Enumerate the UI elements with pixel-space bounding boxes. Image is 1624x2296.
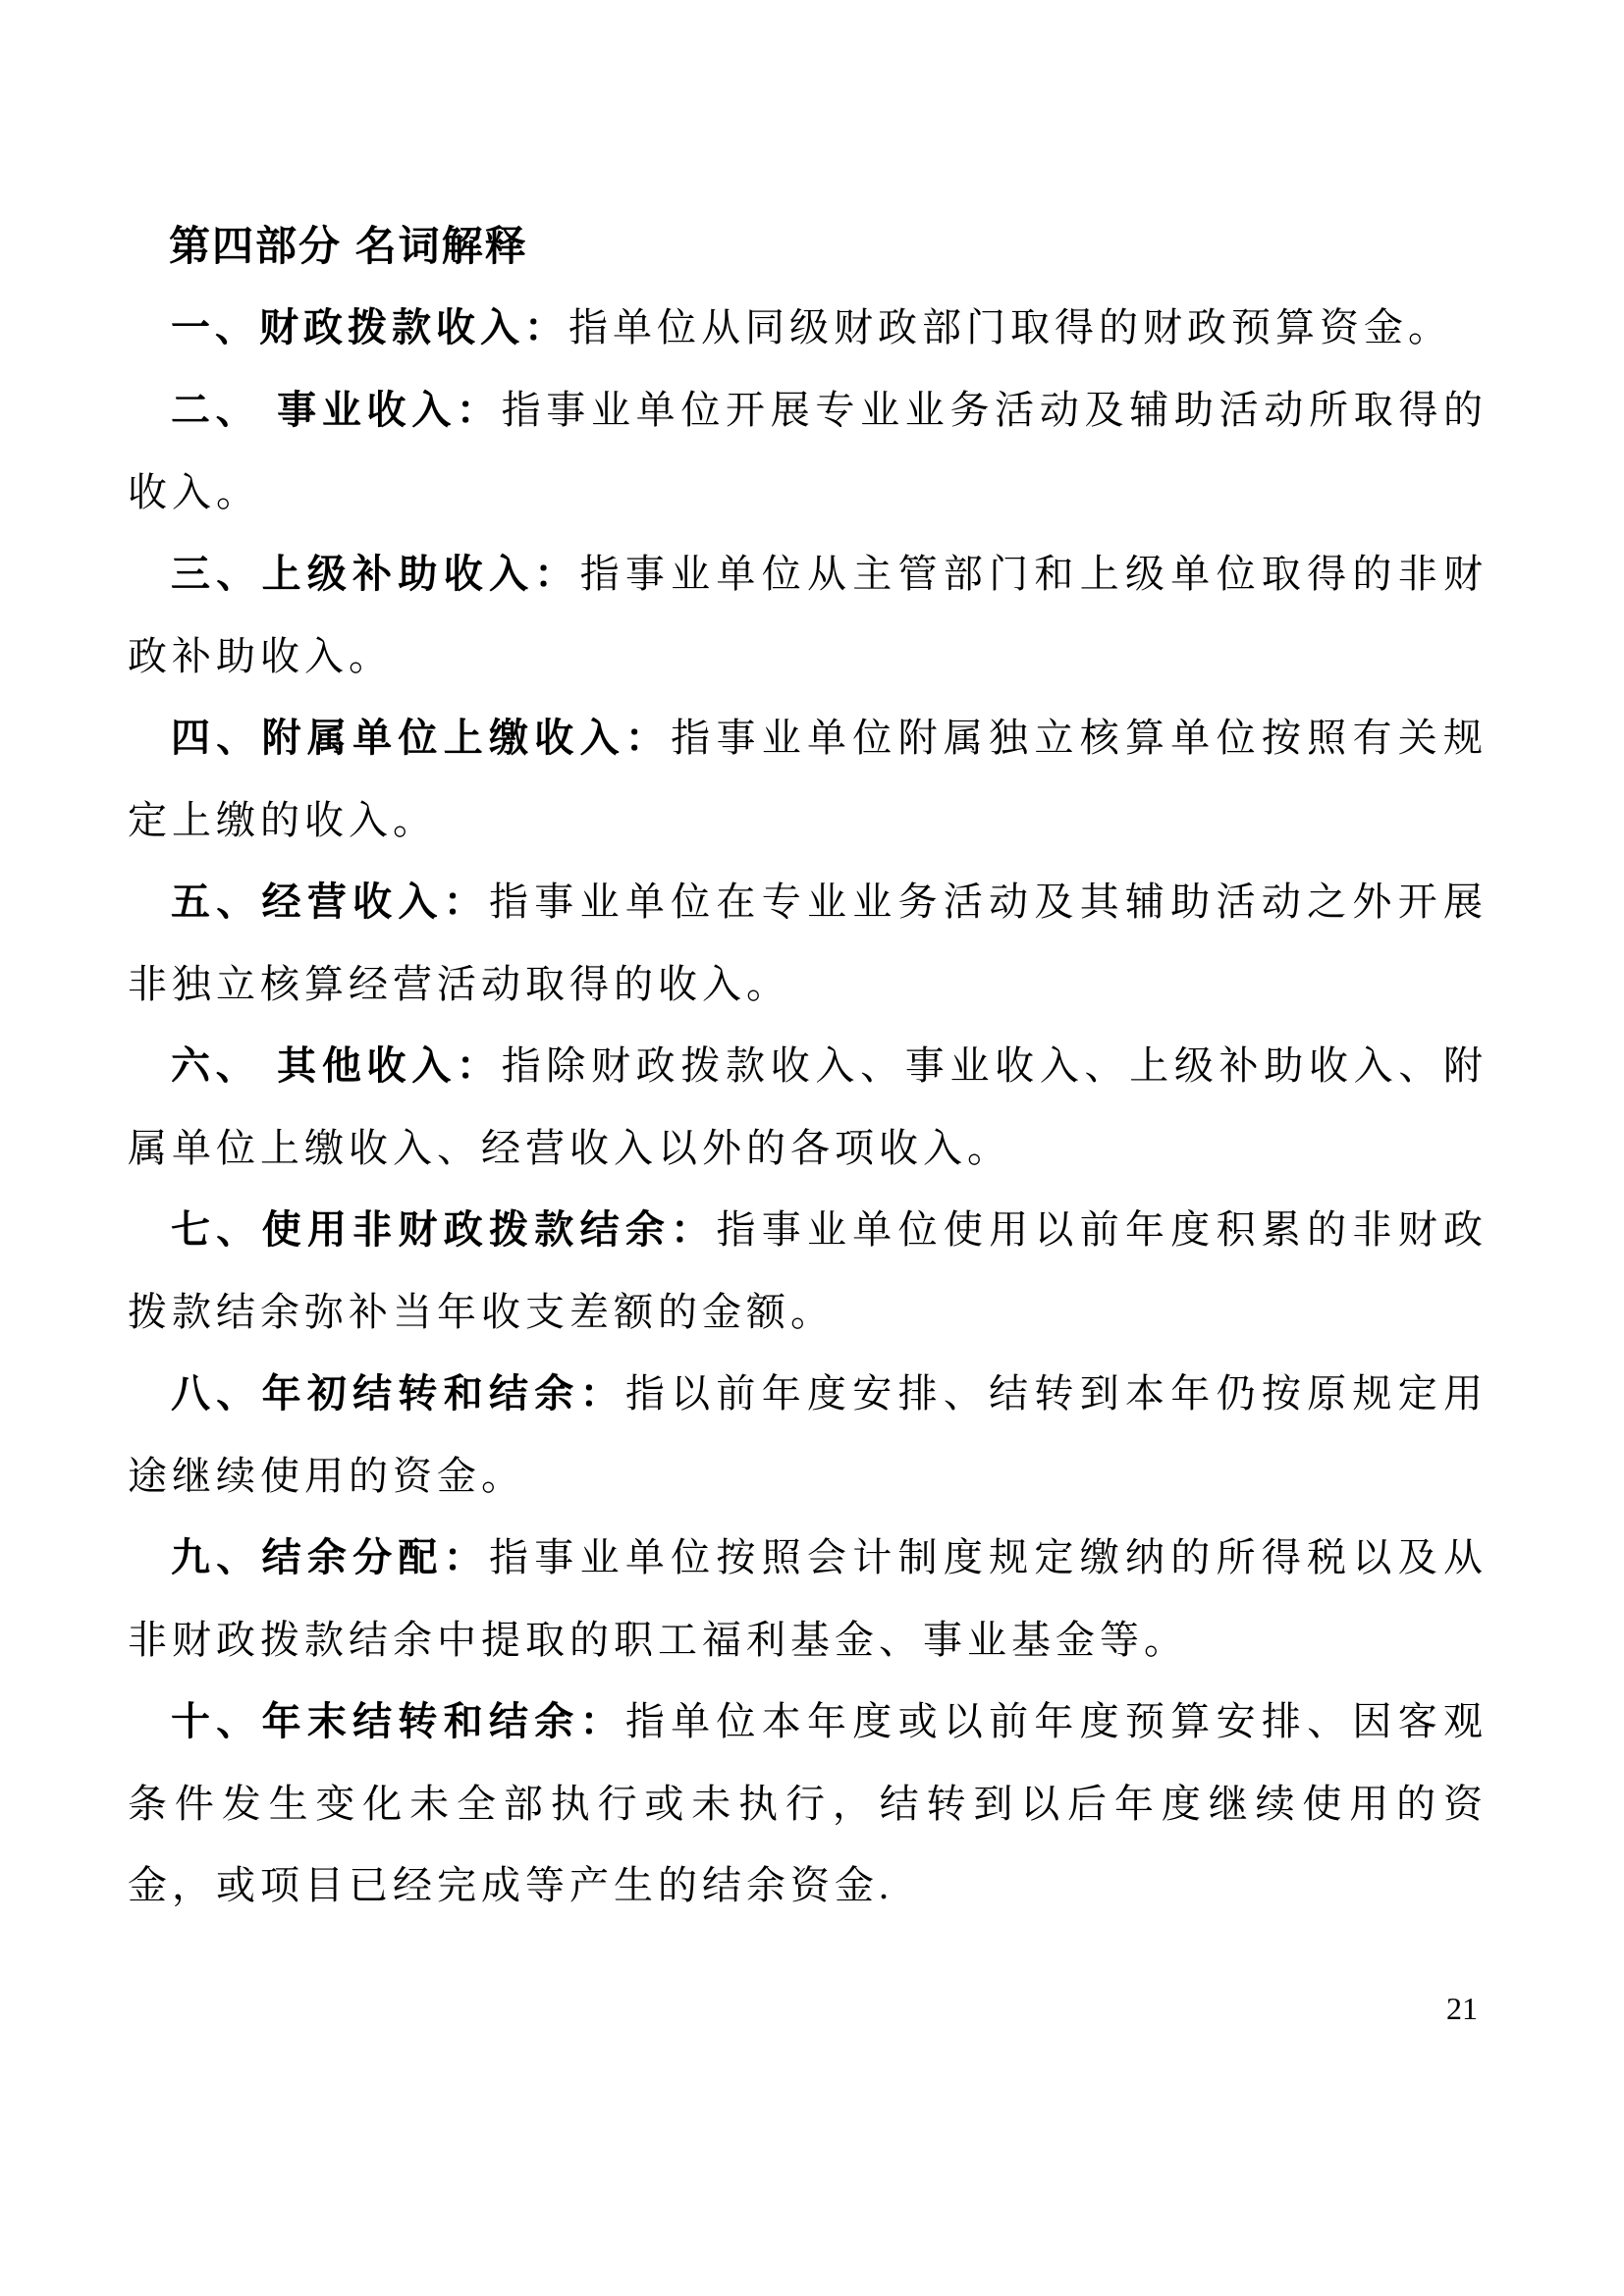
definition-term: 一、财政拨款收入： [171,306,568,349]
definition-term: 五、经营收入： [171,881,489,924]
definition-item: 七、使用非财政拨款结余：指事业单位使用以前年度积累的非财政拨款结余弥补当年收支差… [128,1189,1488,1353]
section-title: 第四部分 名词解释 [128,205,1488,287]
definition-term: 四、附属单位上缴收入： [171,717,671,760]
definition-term: 十、年末结转和结余： [171,1700,625,1743]
definition-term: 七、使用非财政拨款结余： [171,1208,716,1252]
page-number: 21 [1446,1989,1478,2028]
definition-item: 八、年初结转和结余：指以前年度安排、结转到本年仍按原规定用途继续使用的资金。 [128,1353,1488,1517]
definition-term: 二、 事业收入： [171,389,502,432]
definition-term: 九、结余分配： [171,1536,489,1579]
definition-item: 四、附属单位上缴收入：指事业单位附属独立核算单位按照有关规定上缴的收入。 [128,697,1488,861]
definition-term: 六、 其他收入： [171,1044,502,1088]
definition-text: 指单位从同级财政部门取得的财政预算资金。 [568,305,1452,349]
definition-item: 九、结余分配：指事业单位按照会计制度规定缴纳的所得税以及从非财政拨款结余中提取的… [128,1517,1488,1681]
definition-item: 三、上级补助收入：指事业单位从主管部门和上级单位取得的非财政补助收入。 [128,533,1488,697]
definition-item: 十、年末结转和结余：指单位本年度或以前年度预算安排、因客观条件发生变化未全部执行… [128,1681,1488,1926]
definition-item: 五、经营收入：指事业单位在专业业务活动及其辅助活动之外开展非独立核算经营活动取得… [128,861,1488,1025]
definition-item: 一、财政拨款收入：指单位从同级财政部门取得的财政预算资金。 [128,287,1488,369]
definition-term: 三、上级补助收入： [171,553,580,596]
definition-item: 六、 其他收入：指除财政拨款收入、事业收入、上级补助收入、附属单位上缴收入、经营… [128,1025,1488,1189]
definition-item: 二、 事业收入：指事业单位开展专业业务活动及辅助活动所取得的收入。 [128,369,1488,533]
document-content: 第四部分 名词解释 一、财政拨款收入：指单位从同级财政部门取得的财政预算资金。 … [128,0,1488,1926]
document-page: 第四部分 名词解释 一、财政拨款收入：指单位从同级财政部门取得的财政预算资金。 … [0,0,1624,2296]
definition-term: 八、年初结转和结余： [171,1372,625,1415]
